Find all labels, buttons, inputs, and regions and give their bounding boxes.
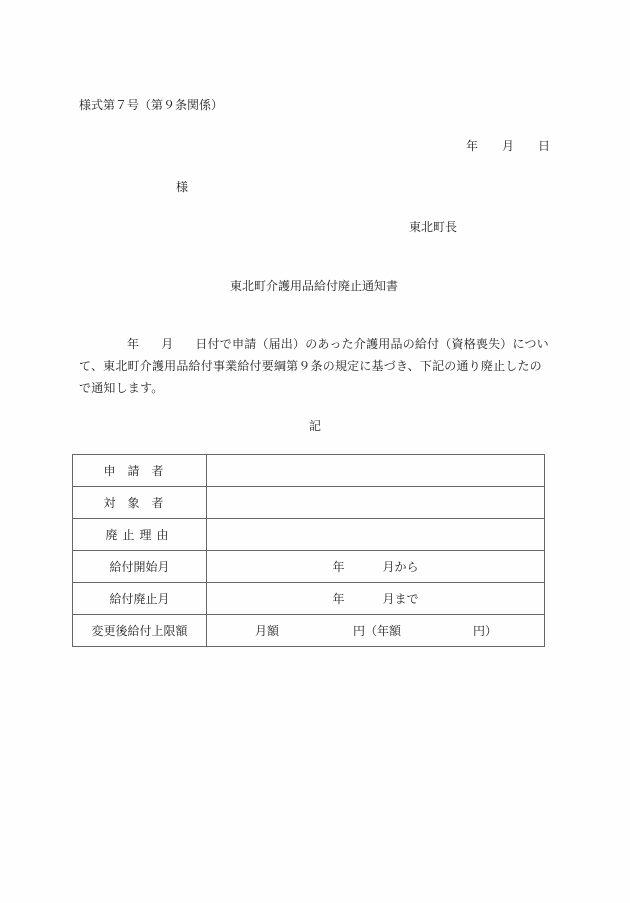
label-limit: 変更後給付上限額: [73, 615, 207, 647]
body-year: 年: [127, 337, 139, 351]
date-year: 年: [466, 137, 478, 154]
label-end-month: 給付廃止月: [73, 583, 207, 615]
value-subject[interactable]: [207, 487, 545, 519]
label-reason: 廃止理由: [73, 519, 207, 551]
value-end-month[interactable]: 年月まで: [207, 583, 545, 615]
addressee: 様: [176, 178, 188, 195]
table-row: 変更後給付上限額 月額円（年額円）: [73, 615, 545, 647]
body-text: 年月日付で申請（届出）のあった介護用品の給付（資格喪失）について、東北町介護用品…: [79, 333, 554, 399]
table-row: 申請者: [73, 455, 545, 487]
table-row: 給付開始月 年月から: [73, 551, 545, 583]
form-number: 様式第７号（第９条関係）: [79, 96, 223, 113]
label-applicant: 申請者: [73, 455, 207, 487]
label-start-month: 給付開始月: [73, 551, 207, 583]
value-applicant[interactable]: [207, 455, 545, 487]
ki-heading: 記: [309, 417, 321, 434]
body-rest: 日付で申請（届出）のあった介護用品の給付（資格喪失）について、東北町介護用品給付…: [79, 337, 549, 395]
value-reason[interactable]: [207, 519, 545, 551]
table-row: 給付廃止月 年月まで: [73, 583, 545, 615]
document-title: 東北町介護用品給付廃止通知書: [230, 277, 398, 294]
sender: 東北町長: [409, 218, 457, 235]
date-day: 日: [538, 137, 550, 154]
value-limit[interactable]: 月額円（年額円）: [207, 615, 545, 647]
details-table: 申請者 対象者 廃止理由 給付開始月 年月から 給付廃止月 年月まで 変更後給付…: [72, 454, 545, 647]
label-subject: 対象者: [73, 487, 207, 519]
date-month: 月: [502, 137, 514, 154]
table-row: 廃止理由: [73, 519, 545, 551]
body-month: 月: [161, 337, 173, 351]
table-row: 対象者: [73, 487, 545, 519]
value-start-month[interactable]: 年月から: [207, 551, 545, 583]
date-line: 年月日: [466, 137, 550, 154]
